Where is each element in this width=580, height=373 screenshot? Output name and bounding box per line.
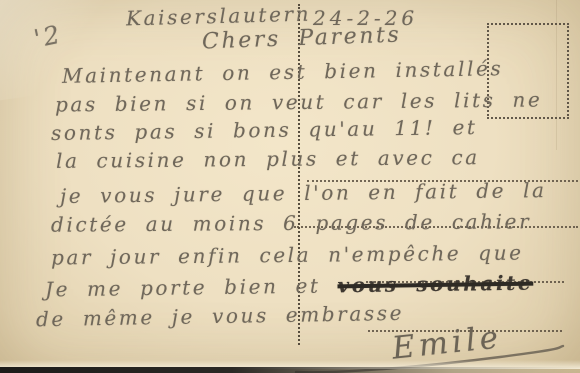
closing-text: Je me porte bien et (45, 273, 338, 301)
signature: Emile (391, 322, 504, 364)
body-line: la cuisine non plus et avec ca (56, 147, 480, 171)
body-line: par jour enfin cela n'empêche que (51, 243, 524, 268)
scan-edge-shadow (0, 367, 580, 373)
corner-mark: '2 (32, 21, 65, 51)
body-line: pas bien si on veut car les lits ne (55, 89, 543, 114)
body-line: Maintenant on est bien installés (62, 58, 504, 86)
closing-line-2: de même je vous embrasse (36, 303, 404, 329)
body-line: dictée au moins 6 pages de cahier (51, 211, 531, 234)
closing-line: Je me porte bien et vous souhaite (45, 273, 533, 300)
salutation: Chers Parents (202, 25, 402, 54)
postcard-scan: '2 Kaiserslautern 24-2-26 Chers Parents … (0, 0, 580, 373)
closing-struck-text: vous souhaite (337, 271, 533, 298)
header-place: Kaiserslautern (126, 4, 312, 29)
body-line: je vous jure que l'on en fait de la (60, 180, 547, 206)
body-line: sonts pas si bons qu'au 11! et (51, 117, 478, 143)
